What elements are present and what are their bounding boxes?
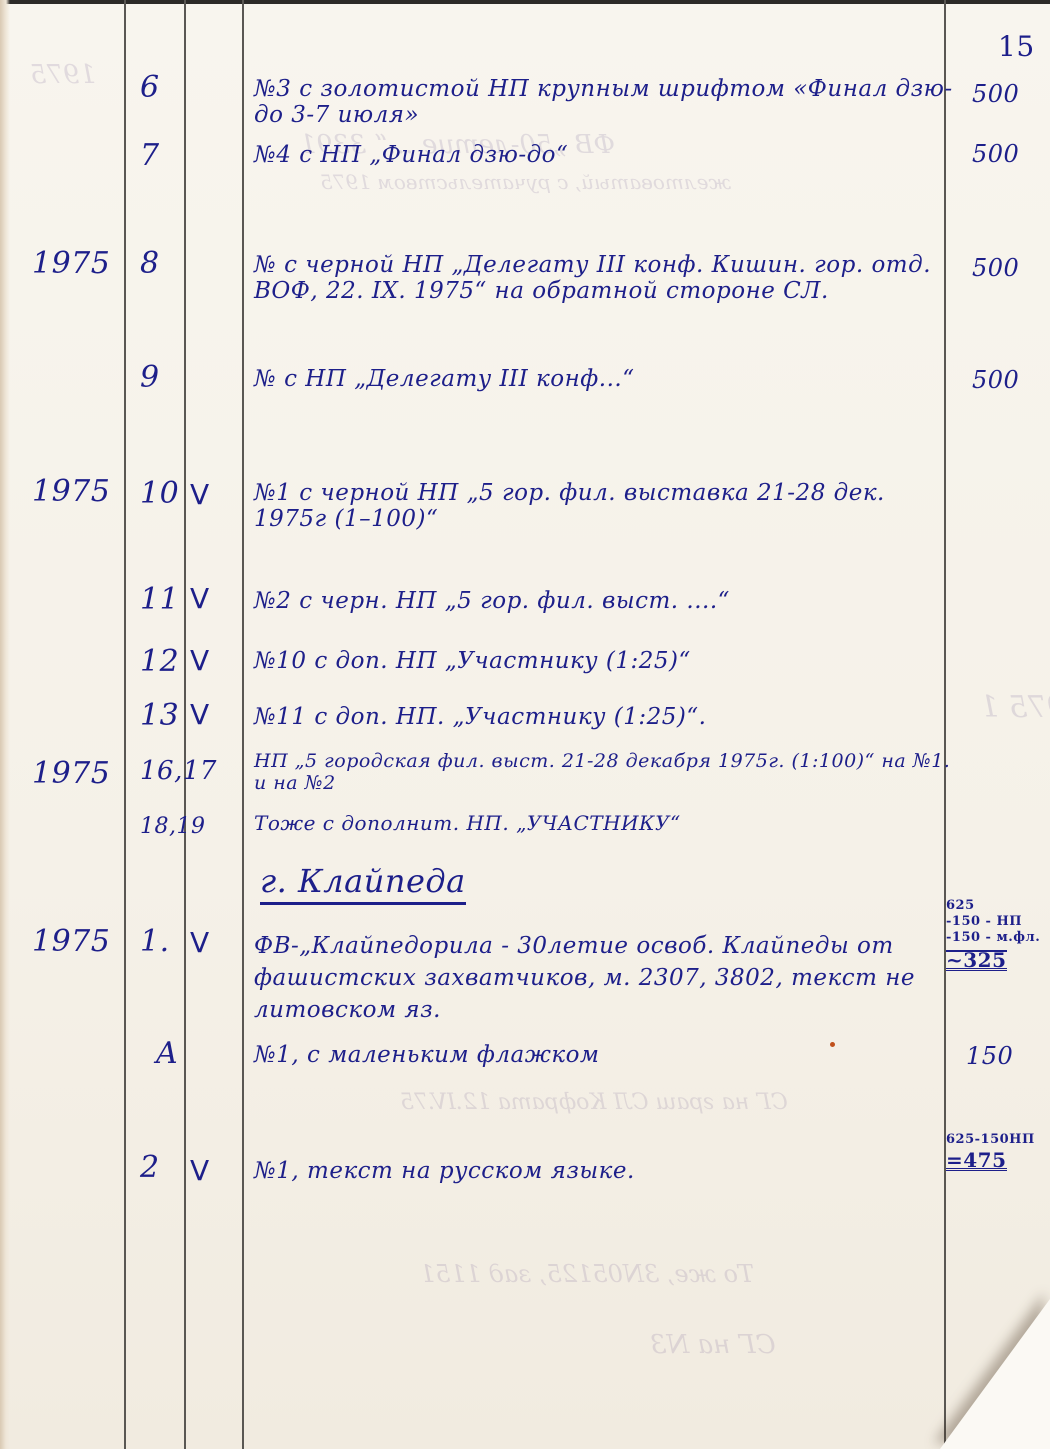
entry-year: 1975 — [32, 924, 110, 959]
column-rule — [184, 0, 186, 1449]
entry-price: 500 — [972, 366, 1019, 394]
checkmark: V — [190, 644, 210, 677]
entry-description: №1, текст на русском языке. — [254, 1158, 954, 1184]
entry-number: 10 — [140, 476, 179, 511]
entry-year: 1975 — [32, 756, 110, 791]
calc-total: ~325 — [946, 950, 1007, 971]
checkmark: V — [190, 478, 210, 511]
binding-shadow — [0, 0, 10, 1449]
entry-number: 12 — [140, 644, 179, 679]
section-heading: г. Клайпеда — [260, 862, 466, 905]
entry-number: 16,17 — [140, 756, 217, 786]
calc-line: -150 - м.фл. — [946, 930, 1050, 946]
entry-price: 150 — [966, 1042, 1013, 1070]
entry-number: 2 — [140, 1150, 160, 1185]
price-calculation: 625-150НП =475 — [946, 1132, 1050, 1172]
bleed-through-text: СГ на граш СЛ Кофрата 12.IV.75 — [400, 1090, 788, 1115]
calc-line: -150 - НП — [946, 914, 1050, 930]
entry-description: №1 с черной НП „5 гор. фил. выставка 21-… — [254, 480, 954, 532]
entry-number: 8 — [140, 246, 160, 281]
bleed-through-text: 1975 — [30, 60, 96, 90]
entry-number: 7 — [140, 138, 160, 173]
entry-year: 1975 — [32, 246, 110, 281]
entry-number: A — [156, 1036, 178, 1071]
page-corner-curl — [940, 1299, 1050, 1449]
checkmark: V — [190, 582, 210, 615]
entry-number: 6 — [140, 70, 160, 105]
entry-number: 11 — [140, 582, 179, 617]
entry-description: НП „5 городская фил. выст. 21-28 декабря… — [254, 750, 954, 794]
ledger-page: 1975 ФВ „50-летие …“ 3391 желтоватый, с … — [0, 0, 1050, 1449]
entry-number: 13 — [140, 698, 179, 733]
entry-description: ФВ-„Клайпедорила - 30летие освоб. Клайпе… — [254, 930, 954, 1026]
bleed-through-text: То же, 3N05125, зад 1151 — [420, 1260, 754, 1288]
entry-price: 500 — [972, 140, 1019, 168]
entry-description: №1, с маленьким флажком — [254, 1042, 954, 1068]
entry-number: 18,19 — [140, 814, 205, 839]
column-rule — [124, 0, 126, 1449]
entry-description: №10 с доп. НП „Участнику (1:25)“ — [254, 648, 954, 674]
bleed-through-text: СГ на N3 — [650, 1330, 776, 1360]
entry-number: 1. — [140, 924, 170, 959]
page-number: 15 — [998, 30, 1035, 63]
entry-number: 9 — [140, 360, 160, 395]
entry-description: № с НП „Делегату III конф...“ — [254, 366, 954, 392]
entry-description: № с черной НП „Делегату III конф. Кишин.… — [254, 252, 954, 304]
calc-line: 625-150НП — [946, 1132, 1050, 1148]
entry-description: №4 с НП „Финал дзю-до“ — [254, 142, 954, 168]
entry-price: 500 — [972, 254, 1019, 282]
checkmark: V — [190, 926, 210, 959]
calc-total: =475 — [946, 1152, 1007, 1171]
entry-description: №2 с черн. НП „5 гор. фил. выст. ....“ — [254, 588, 954, 614]
price-calculation: 625 -150 - НП -150 - м.фл. ~325 — [946, 898, 1050, 972]
entry-description: №3 с золотистой НП крупным шрифтом «Фина… — [254, 76, 954, 128]
entry-description: Тоже с дополнит. НП. „УЧАСТНИКУ“ — [254, 810, 954, 836]
entry-description: №11 с доп. НП. „Участнику (1:25)“. — [254, 704, 954, 730]
checkmark: V — [190, 698, 210, 731]
bleed-through-text: желтоватый, с ручательством 1975 — [320, 170, 731, 194]
checkmark: V — [190, 1154, 210, 1187]
calc-line: 625 — [946, 898, 1050, 914]
ink-dot — [830, 1042, 835, 1047]
entry-price: 500 — [972, 80, 1019, 108]
page-top-edge — [0, 0, 1050, 4]
column-rule — [242, 0, 244, 1449]
entry-year: 1975 — [32, 474, 110, 509]
bleed-through-text: 1975 1 — [980, 690, 1050, 725]
